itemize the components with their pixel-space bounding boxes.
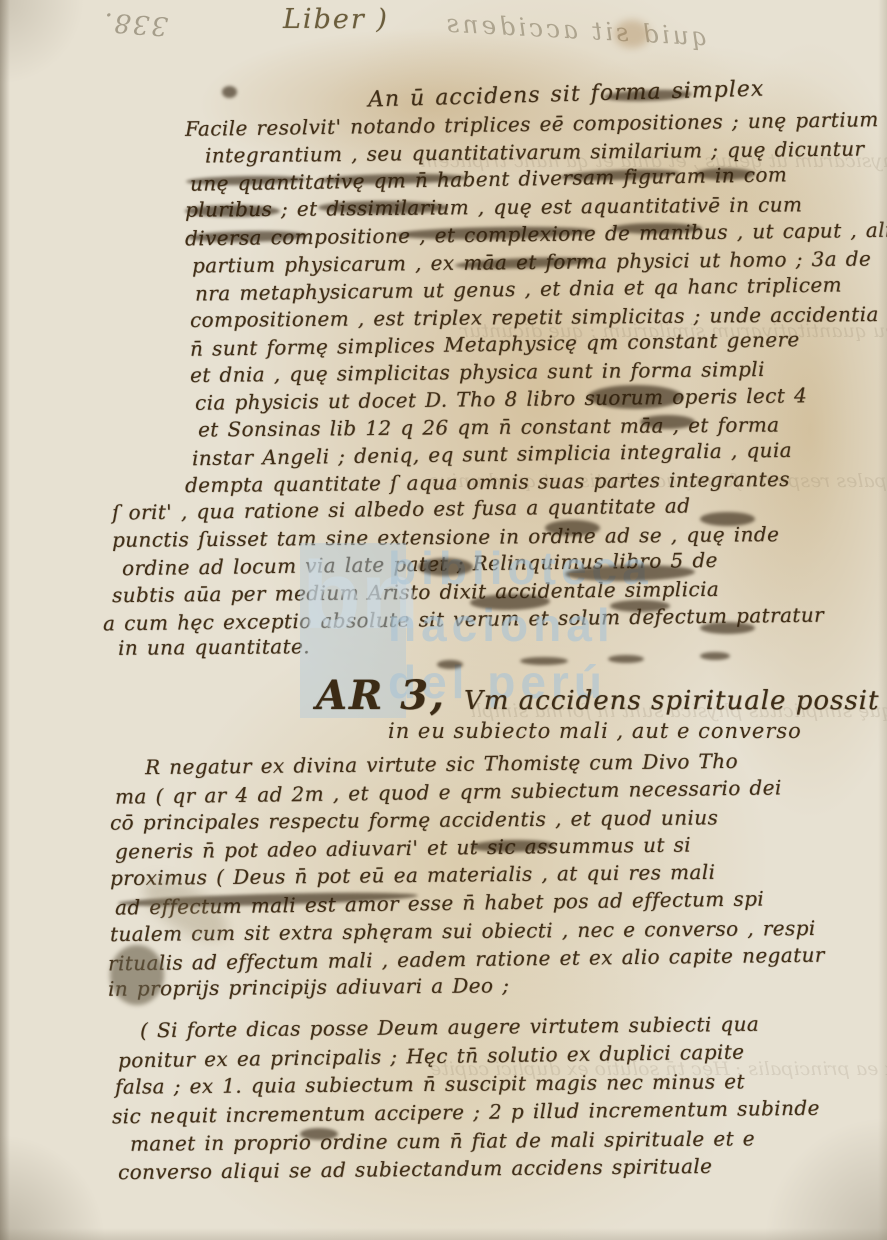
manuscript-line: sic nequit incrementum accipere ; 2 p il… (112, 1096, 820, 1129)
manuscript-line: falsa ; ex 1. quia subiectum n̄ suscipit… (115, 1069, 745, 1098)
manuscript-line: in proprijs principijs adiuvari a Deo ; (108, 973, 510, 1001)
manuscript-line: n̄ sunt formę simplices Metaphysicę qm c… (190, 327, 800, 361)
section-heading: AR 3,Vm accidens spirituale possit (316, 672, 879, 719)
manuscript-line: et Sonsinas lib 12 q 26 qm n̄ constant m… (198, 412, 780, 441)
manuscript-line: ponitur ex ea principalis ; Hęc tn̄ solu… (118, 1040, 745, 1073)
manuscript-line: R negatur ex divina virtute sic Thomistę… (145, 749, 738, 779)
manuscript-line: subtis aūa per medium Aristo dixit accid… (112, 577, 719, 607)
ink-blot (700, 652, 730, 660)
folio-number: 338. (89, 5, 169, 40)
manuscript-line: converso aliqui se ad subiectandum accid… (118, 1154, 713, 1184)
manuscript-line: et dnia , quę simplicitas physica sunt i… (190, 357, 765, 387)
ink-blot (222, 86, 237, 98)
manuscript-line: cia physicis ut docet D. Tho 8 libro suo… (195, 383, 807, 414)
manuscript-line: generis n̄ pot adeo adiuvari' et ut sic … (115, 832, 691, 863)
manuscript-line: ſ orit' , qua ratione si albedo est fusa… (112, 493, 691, 524)
ink-blot (608, 655, 644, 663)
manuscript-line: proximus ( Deus n̄ pot eū ea materialis … (110, 860, 716, 890)
ink-blot (520, 657, 568, 665)
manuscript-page: nra metaphysicarum ut genus , et dnia et… (0, 0, 887, 1240)
section-heading-text: Vm accidens spirituale possit (464, 686, 879, 716)
manuscript-line: instar Angeli ; deniq, eq sunt simplicia… (192, 438, 792, 470)
manuscript-line: diversa compositione , et complexione de… (185, 218, 887, 251)
manuscript-line: ad effectum mali est amor esse n̄ habet … (115, 886, 764, 919)
section-numeral: AR 3, (316, 672, 446, 719)
book-label: Liber ) (283, 4, 389, 35)
manuscript-line: manet in proprio ordine cum n̄ fiat de m… (130, 1126, 755, 1155)
manuscript-line: tualem cum sit extra sphęram sui obiecti… (110, 916, 816, 946)
page-title: An ū accidens sit forma simplex (368, 76, 765, 112)
manuscript-line: unę quantitativę qm n̄ habent diversam f… (190, 162, 787, 195)
manuscript-line: Facile resolvit' notando triplices eē co… (185, 107, 879, 141)
manuscript-line: cō principales respectu formę accidentis… (110, 805, 718, 834)
manuscript-line: in una quantitate. (118, 634, 310, 660)
manuscript-line: nra metaphysicarum ut genus , et dnia et… (195, 272, 842, 305)
ink-blot (437, 660, 463, 669)
manuscript-line: a cum hęc exceptio absolute sit verum et… (103, 603, 824, 636)
showthrough-header: quid sit accidens (387, 6, 708, 52)
manuscript-line: ( Si forte dicas posse Deum augere virtu… (140, 1012, 759, 1042)
section-subheading: in eu subiecto mali , aut e converso (388, 719, 802, 743)
manuscript-line: ordine ad locum via late patet ; Relinqu… (122, 548, 718, 580)
manuscript-line: pluribus ; et dissimilarium , quę est aq… (185, 192, 803, 221)
manuscript-line: ritualis ad effectum mali , eadem ration… (108, 943, 825, 976)
manuscript-line: ma ( qr ar 4 ad 2m , et quod e qrm subie… (115, 775, 782, 808)
manuscript-line: dempta quantitate ſ aqua omnis suas part… (185, 467, 790, 497)
